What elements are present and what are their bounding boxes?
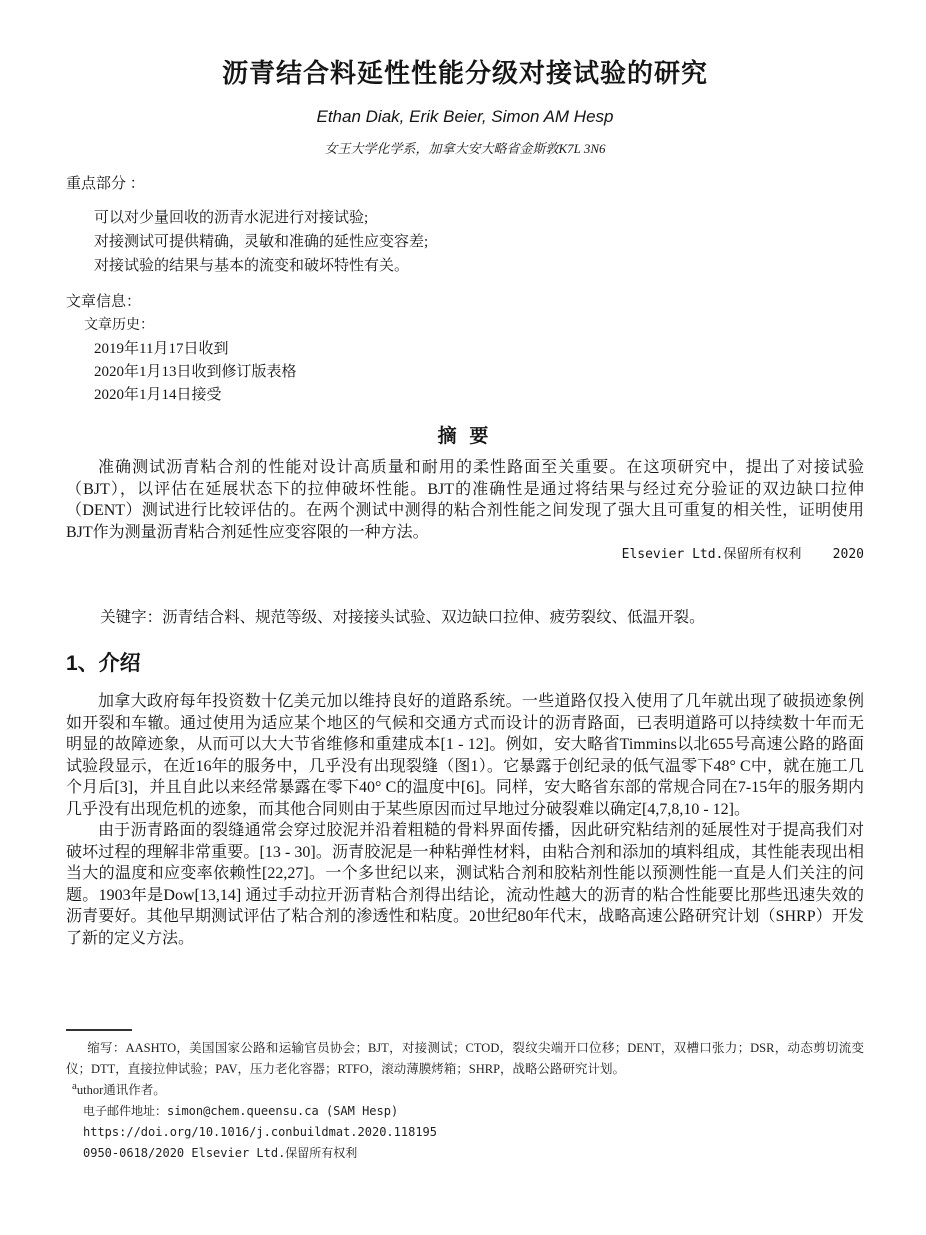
intro-paragraph-2: 由于沥青路面的裂缝通常会穿过胶泥并沿着粗糙的骨料界面传播，因此研究粘结剂的延展性… (66, 820, 864, 949)
footnote-corresponding-author: author通讯作者。 (66, 1080, 864, 1101)
affiliation-line: 女王大学化学系，加拿大安大略省金斯敦K7L 3N6 (66, 141, 864, 157)
footnote-email: 电子邮件地址：simon@chem.queensu.ca (SAM Hesp) (66, 1101, 864, 1122)
abstract-text: 准确测试沥青粘合剂的性能对设计高质量和耐用的柔性路面至关重要。在这项研究中，提出… (66, 457, 864, 543)
highlight-item: 对接试验的结果与基本的流变和破坏特性有关。 (94, 254, 864, 278)
paper-page: 沥青结合料延性性能分级对接试验的研究 Ethan Diak, Erik Beie… (0, 0, 926, 1235)
abstract-heading: 摘 要 (66, 425, 864, 448)
article-info-label: 文章信息： (66, 293, 864, 311)
footnote-doi: https://doi.org/10.1016/j.conbuildmat.20… (66, 1122, 864, 1143)
footnote-issn: 0950-0618/2020 Elsevier Ltd.保留所有权利 (66, 1143, 864, 1164)
intro-paragraph-1: 加拿大政府每年投资数十亿美元加以维持良好的道路系统。一些道路仅投入使用了几年就出… (66, 691, 864, 820)
section-heading-introduction: 1、介绍 (66, 651, 864, 677)
article-history-dates: 2019年11月17日收到 2020年1月13日收到修订版表格 2020年1月1… (66, 338, 864, 407)
history-date-revised: 2020年1月13日收到修订版表格 (94, 361, 864, 384)
article-history-label: 文章历史： (66, 317, 864, 334)
authors-line: Ethan Diak, Erik Beier, Simon AM Hesp (66, 106, 864, 127)
highlights-label: 重点部分 ： (66, 175, 864, 193)
history-date-accepted: 2020年1月14日接受 (94, 384, 864, 407)
highlight-item: 对接测试可提供精确，灵敏和准确的延性应变容差; (94, 230, 864, 254)
footnote-divider (66, 1029, 132, 1031)
paper-title: 沥青结合料延性性能分级对接试验的研究 (66, 0, 864, 90)
highlights-list: 可以对少量回收的沥青水泥进行对接试验; 对接测试可提供精确，灵敏和准确的延性应变… (66, 206, 864, 278)
footnote-abbreviations: 缩写：AASHTO，美国国家公路和运输官员协会；BJT，对接测试；CTOD，裂纹… (66, 1038, 864, 1080)
footnotes-block: 缩写：AASHTO，美国国家公路和运输官员协会；BJT，对接测试；CTOD，裂纹… (66, 1029, 864, 1164)
history-date-received: 2019年11月17日收到 (94, 338, 864, 361)
copyright-line: Elsevier Ltd.保留所有权利 2020 (66, 546, 864, 564)
keywords-line: 关键字：沥青结合料、规范等级、对接接头试验、双边缺口拉伸、疲劳裂纹、低温开裂。 (66, 608, 864, 627)
footnote-author-text: uthor通讯作者。 (77, 1083, 166, 1097)
highlight-item: 可以对少量回收的沥青水泥进行对接试验; (94, 206, 864, 230)
